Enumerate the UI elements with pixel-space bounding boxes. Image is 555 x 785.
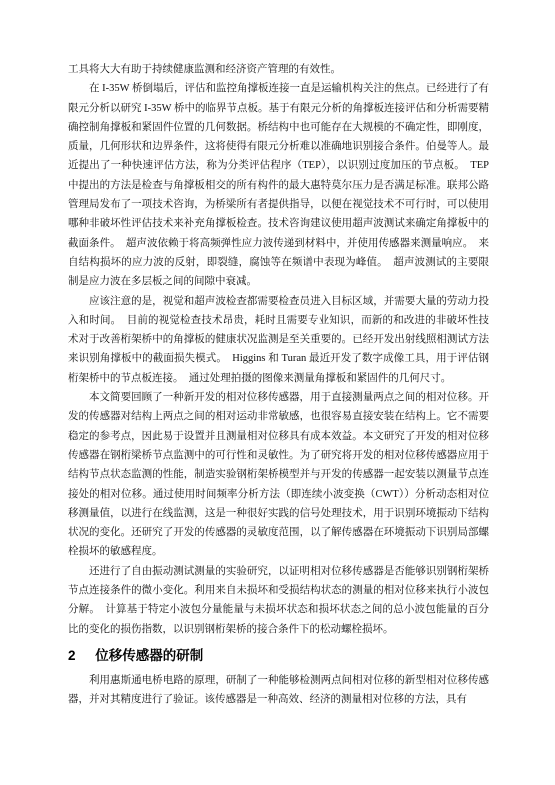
section-title: 位移传感器的研制 bbox=[95, 648, 203, 663]
document-page: 工具将大大有助于持续健康监测和经济资产管理的有效性。 在 I-35W 桥倒塌后，… bbox=[0, 0, 555, 785]
section-number: 2 bbox=[68, 646, 76, 666]
paragraph-inspection-limitations: 应该注意的是，视觉和超声波检查都需要检查员进入目标区域，并需要大量的劳动力投入和… bbox=[68, 292, 489, 388]
section-heading: 2 位移传感器的研制 bbox=[68, 646, 489, 666]
paragraph-continuation: 工具将大大有助于持续健康监测和经济资产管理的有效性。 bbox=[68, 60, 489, 79]
paragraph-wheatstone-bridge: 利用惠斯通电桥电路的原理，研制了一种能够检测两点间相对位移的新型相对位移传感器，… bbox=[68, 671, 489, 710]
paragraph-i35w-background: 在 I-35W 桥倒塌后，评估和监控角撑板连接一直是运输机构关注的焦点。已经进行… bbox=[68, 79, 489, 291]
paragraph-free-vibration-study: 还进行了自由振动测试测量的实验研究，以证明相对位移传感器是否能够识别钢桁架桥节点… bbox=[68, 562, 489, 639]
paragraph-sensor-overview: 本文简要回顾了一种新开发的相对位移传感器，用于直接测量两点之间的相对位移。开发的… bbox=[68, 388, 489, 562]
